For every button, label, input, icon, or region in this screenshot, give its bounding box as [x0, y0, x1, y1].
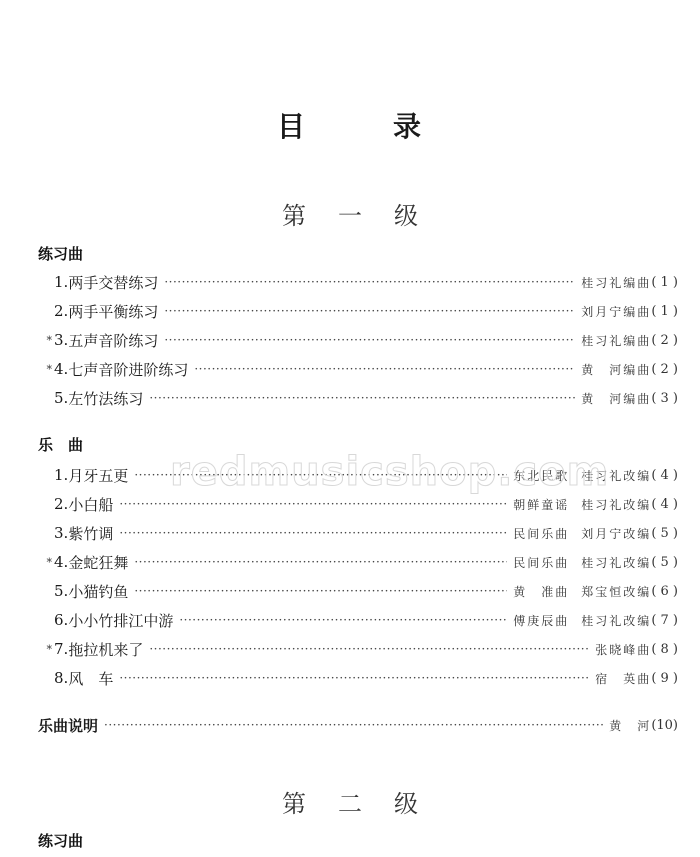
star-marker: *: [38, 334, 52, 347]
toc-entry[interactable]: 3.紫竹调···································…: [38, 523, 678, 543]
entry-source: 黄 准曲: [513, 583, 569, 600]
star-marker: *: [38, 556, 52, 569]
entry-page: ( 6 ): [651, 584, 678, 599]
entry-author: 刘月宁编曲: [581, 303, 651, 320]
leader-dots: ········································…: [119, 671, 589, 685]
entry-author: 刘月宁改编: [581, 525, 651, 542]
entry-author: 黄 河编曲: [581, 390, 651, 407]
page-title: 目录: [0, 105, 700, 145]
entry-number: 8.: [54, 669, 68, 687]
leader-dots: ········································…: [194, 362, 575, 376]
level-char: 级: [394, 784, 418, 819]
title-char: 目: [277, 105, 307, 145]
entry-title: 小猫钓鱼: [68, 581, 128, 602]
entry-page: ( 2 ): [651, 362, 678, 377]
entry-title: 两手平衡练习: [68, 301, 158, 322]
entry-number: 3.: [54, 524, 68, 542]
toc-entry[interactable]: *4.金蛇狂舞·································…: [38, 552, 678, 572]
entry-number: 7.: [54, 640, 68, 658]
entry-author: 桂习礼编曲: [581, 274, 651, 291]
entry-page: ( 8 ): [651, 642, 678, 657]
entry-number: 1.: [54, 466, 68, 484]
entry-page: ( 1 ): [651, 275, 678, 290]
toc-entry[interactable]: 8.风 车···································…: [38, 668, 678, 688]
leader-dots: ········································…: [149, 391, 575, 405]
leader-dots: ········································…: [119, 497, 507, 511]
entry-page: ( 5 ): [651, 555, 678, 570]
level-char: 一: [338, 196, 362, 231]
section-heading-pieces: 乐 曲: [38, 434, 83, 455]
entry-page: ( 5 ): [651, 526, 678, 541]
entry-title: 乐曲说明: [38, 715, 98, 736]
entry-title: 月牙五更: [68, 465, 128, 486]
entry-title: 金蛇狂舞: [68, 552, 128, 573]
toc-entry-notes[interactable]: 乐曲说明 ···································…: [38, 715, 678, 735]
level-char: 级: [394, 196, 418, 231]
toc-entry[interactable]: 1.两手交替练习································…: [38, 272, 678, 292]
toc-entry[interactable]: 6.小小竹排江中游·······························…: [38, 610, 678, 630]
level-char: 第: [282, 196, 306, 231]
entry-number: 4.: [54, 553, 68, 571]
toc-entry[interactable]: 5.小猫钓鱼··································…: [38, 581, 678, 601]
entry-number: 3.: [54, 331, 68, 349]
entry-author: 桂习礼改编: [581, 467, 651, 484]
entry-page: ( 4 ): [651, 497, 678, 512]
entry-page: ( 7 ): [651, 613, 678, 628]
title-char: 录: [393, 105, 423, 145]
level-2-heading: 第二级: [0, 784, 700, 819]
level-1-heading: 第一级: [0, 196, 700, 231]
entry-title: 两手交替练习: [68, 272, 158, 293]
toc-entry[interactable]: 5.左竹法练习·································…: [38, 388, 678, 408]
toc-entry[interactable]: *3.五声音阶练习·······························…: [38, 330, 678, 350]
toc-entry[interactable]: 2.两手平衡练习································…: [38, 301, 678, 321]
entry-number: 2.: [54, 495, 68, 513]
entry-number: 5.: [54, 389, 68, 407]
leader-dots: ········································…: [164, 304, 575, 318]
entry-number: 4.: [54, 360, 68, 378]
leader-dots: ········································…: [134, 584, 507, 598]
toc-entry[interactable]: *7.拖拉机来了································…: [38, 639, 678, 659]
leader-dots: ········································…: [164, 275, 575, 289]
entry-author: 黄 河: [609, 717, 651, 734]
entry-author: 桂习礼改编: [581, 496, 651, 513]
entry-source: 朝鲜童谣: [513, 496, 569, 513]
entry-title: 七声音阶进阶练习: [68, 359, 188, 380]
level-char: 二: [338, 784, 362, 819]
entry-number: 6.: [54, 611, 68, 629]
entry-source: 民间乐曲: [513, 554, 569, 571]
leader-dots: ········································…: [164, 333, 575, 347]
entry-author: 桂习礼改编: [581, 554, 651, 571]
leader-dots: ········································…: [134, 555, 507, 569]
entry-number: 2.: [54, 302, 68, 320]
leader-dots: ········································…: [104, 718, 603, 732]
entry-number: 5.: [54, 582, 68, 600]
entry-author: 桂习礼编曲: [581, 332, 651, 349]
entry-title: 小小竹排江中游: [68, 610, 173, 631]
entry-source: 民间乐曲: [513, 525, 569, 542]
toc-entry[interactable]: *4.七声音阶进阶练习·····························…: [38, 359, 678, 379]
entry-author: 郑宝恒改编: [581, 583, 651, 600]
leader-dots: ········································…: [119, 526, 507, 540]
entry-title: 小白船: [68, 494, 113, 515]
entry-number: 1.: [54, 273, 68, 291]
star-marker: *: [38, 643, 52, 656]
entry-author: 桂习礼改编: [581, 612, 651, 629]
entry-source: 傅庚辰曲: [513, 612, 569, 629]
entry-title: 拖拉机来了: [68, 639, 143, 660]
entry-page: ( 4 ): [651, 468, 678, 483]
section-heading-exercises: 练习曲: [38, 243, 83, 264]
entry-page: ( 9 ): [651, 671, 678, 686]
entry-title: 五声音阶练习: [68, 330, 158, 351]
section-heading-level2-exercises: 练习曲: [38, 830, 83, 851]
leader-dots: ········································…: [149, 642, 589, 656]
entry-author: 宿 英曲: [595, 670, 651, 687]
toc-entry[interactable]: 1.月牙五更··································…: [38, 465, 678, 485]
entry-page: (10): [651, 718, 678, 733]
entry-page: ( 3 ): [651, 391, 678, 406]
entry-title: 左竹法练习: [68, 388, 143, 409]
entry-title: 紫竹调: [68, 523, 113, 544]
leader-dots: ········································…: [134, 468, 507, 482]
entry-author: 张晓峰曲: [595, 641, 651, 658]
entry-title: 风 车: [68, 668, 113, 689]
entry-page: ( 1 ): [651, 304, 678, 319]
level-char: 第: [282, 784, 306, 819]
star-marker: *: [38, 363, 52, 376]
entry-author: 黄 河编曲: [581, 361, 651, 378]
leader-dots: ········································…: [179, 613, 507, 627]
entry-source: 东北民歌: [513, 467, 569, 484]
entry-page: ( 2 ): [651, 333, 678, 348]
toc-entry[interactable]: 2.小白船···································…: [38, 494, 678, 514]
